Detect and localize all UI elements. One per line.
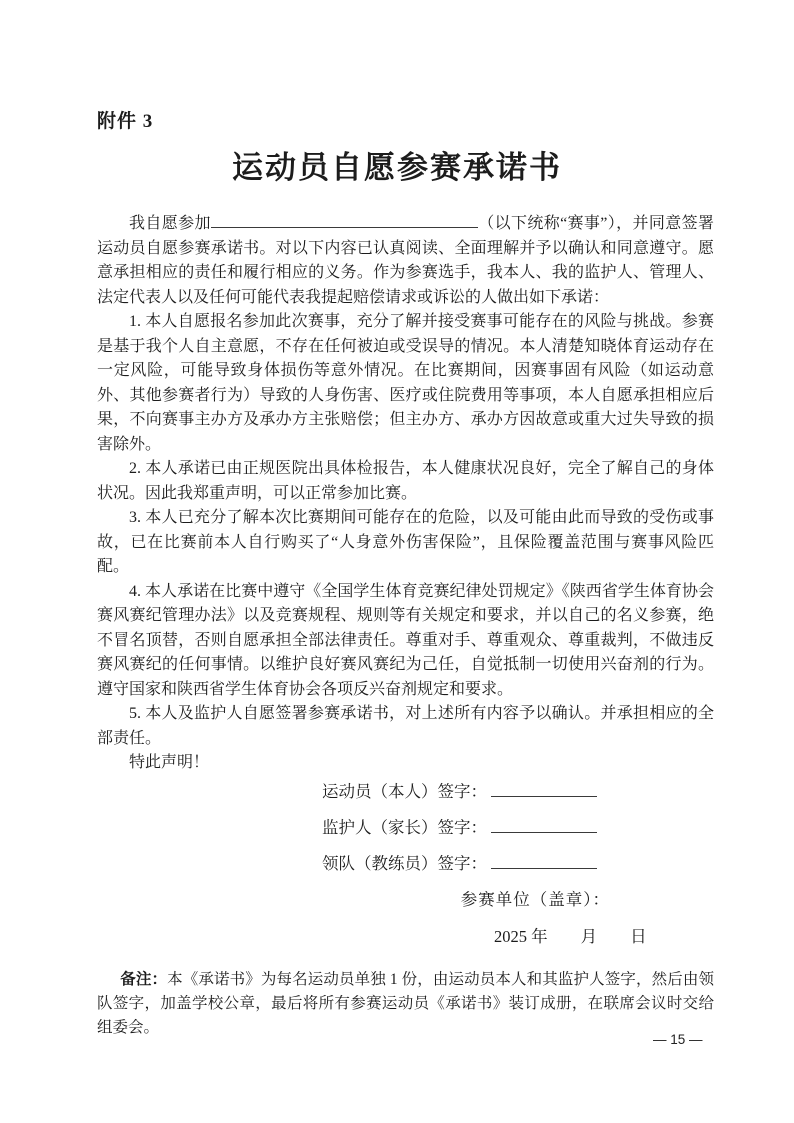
document-body: 我自愿参加（以下统称“赛事”），并同意签署运动员自愿参赛承诺书。对以下内容已认真…: [97, 212, 714, 776]
declaration-line: 特此声明！: [97, 751, 714, 776]
clause-1: 1. 本人自愿报名参加此次赛事，充分了解并接受赛事可能存在的风险与挑战。参赛是基…: [97, 310, 714, 457]
clause-3: 3. 本人已充分了解本次比赛期间可能存在的危险，以及可能由此而导致的受伤或事故，…: [97, 506, 714, 580]
note-label: 备注：: [120, 971, 167, 988]
document-page: 附件 3 运动员自愿参赛承诺书 我自愿参加（以下统称“赛事”），并同意签署运动员…: [0, 0, 794, 1123]
date-line: 2025 年 月 日: [494, 923, 647, 947]
signature-row-athlete: 运动员（本人）签字：: [322, 774, 597, 810]
intro-prefix: 我自愿参加: [129, 215, 211, 232]
unit-seal-label: 参赛单位（盖章）：: [461, 886, 610, 910]
signature-row-leader: 领队（教练员）签字：: [322, 846, 597, 882]
guardian-signature-label: 监护人（家长）签字：: [322, 818, 487, 837]
page-number: — 15 —: [653, 1032, 703, 1047]
attachment-label: 附件 3: [97, 106, 153, 133]
leader-signature-label: 领队（教练员）签字：: [322, 854, 487, 873]
athlete-signature-label: 运动员（本人）签字：: [322, 782, 487, 801]
note-paragraph: 备注：本《承诺书》为每名运动员单独 1 份，由运动员本人和其监护人签字，然后由领…: [97, 968, 714, 1040]
athlete-signature-blank[interactable]: [491, 782, 597, 797]
event-name-blank[interactable]: [211, 214, 478, 228]
intro-paragraph: 我自愿参加（以下统称“赛事”），并同意签署运动员自愿参赛承诺书。对以下内容已认真…: [97, 212, 714, 310]
note-text: 本《承诺书》为每名运动员单独 1 份，由运动员本人和其监护人签字，然后由领队签字…: [97, 971, 714, 1036]
signature-block: 运动员（本人）签字： 监护人（家长）签字： 领队（教练员）签字：: [322, 774, 597, 882]
clause-4: 4. 本人承诺在比赛中遵守《全国学生体育竞赛纪律处罚规定》《陕西省学生体育协会赛…: [97, 580, 714, 703]
clause-5: 5. 本人及监护人自愿签署参赛承诺书，对上述所有内容予以确认。并承担相应的全部责…: [97, 702, 714, 751]
leader-signature-blank[interactable]: [491, 854, 597, 869]
signature-row-guardian: 监护人（家长）签字：: [322, 810, 597, 846]
clause-2: 2. 本人承诺已由正规医院出具体检报告，本人健康状况良好，完全了解自己的身体状况…: [97, 457, 714, 506]
guardian-signature-blank[interactable]: [491, 818, 597, 833]
page-title: 运动员自愿参赛承诺书: [0, 142, 794, 187]
